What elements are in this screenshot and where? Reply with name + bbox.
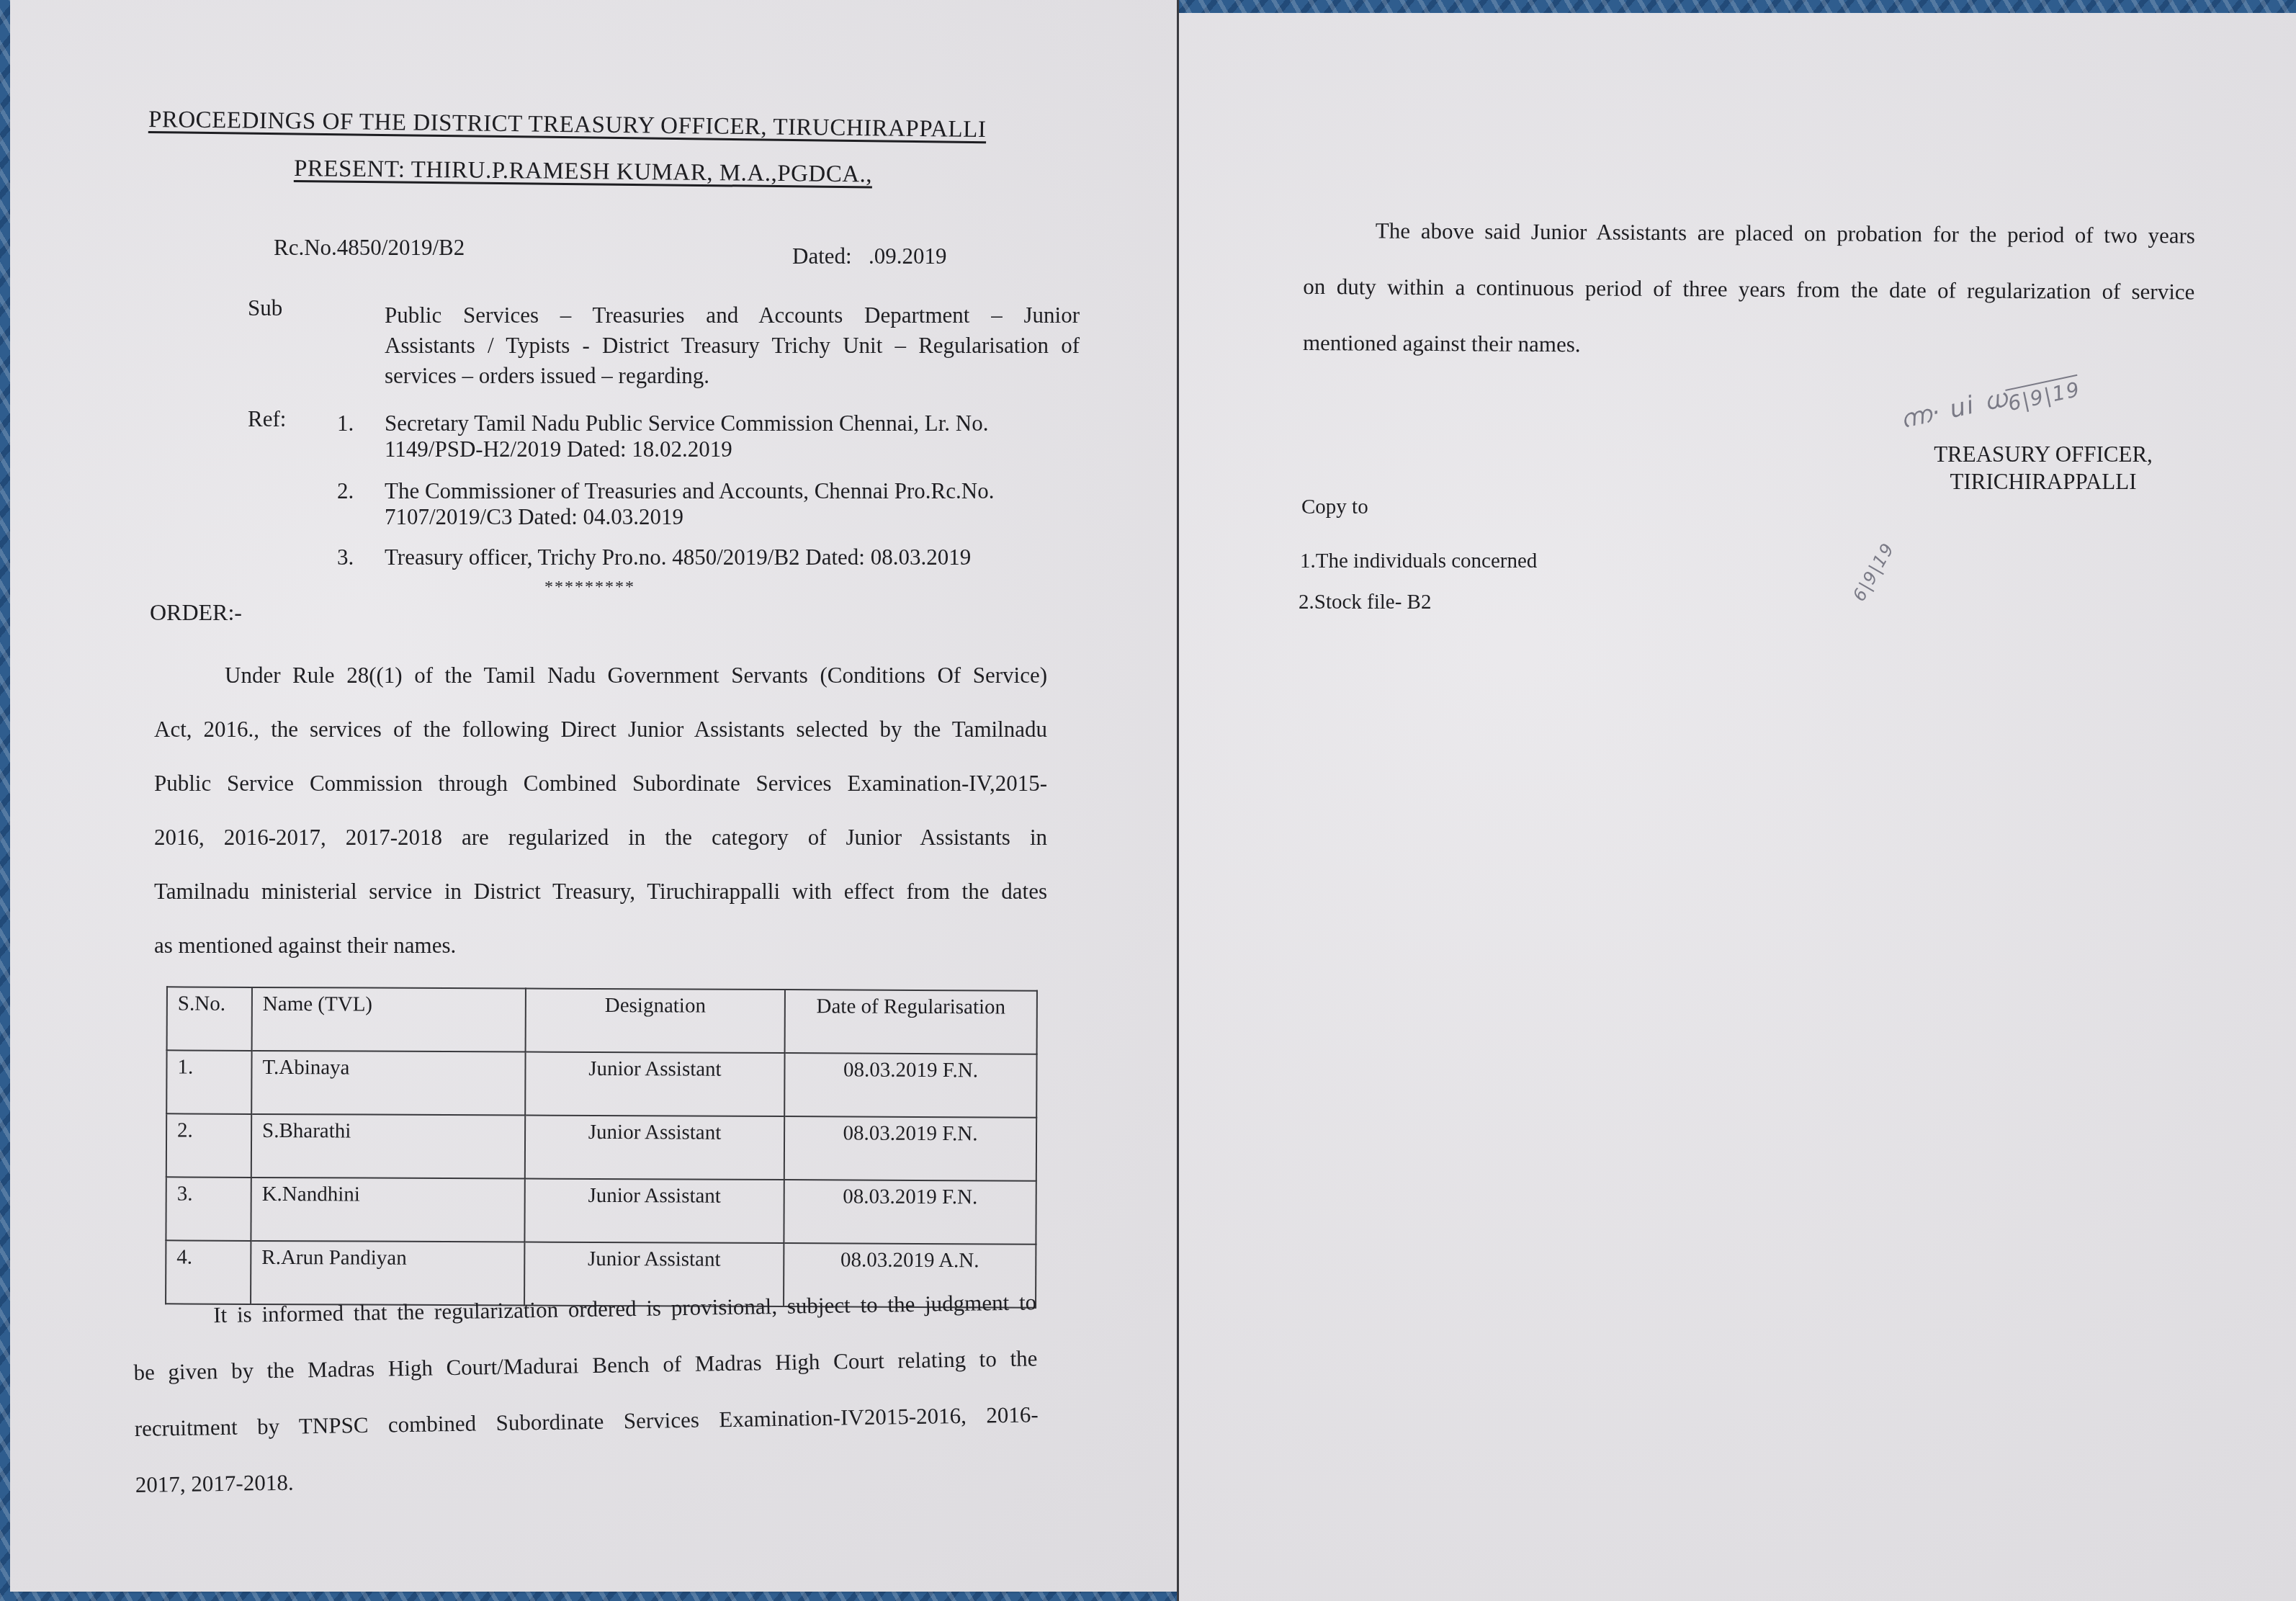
paragraph-line: Public Service Commission through Combin… xyxy=(154,771,1047,825)
paragraph-line: 2016, 2016-2017, 2017-2018 are regulariz… xyxy=(154,825,1047,879)
cell-date: 08.03.2019 F.N. xyxy=(784,1180,1036,1245)
cell-sno: 1. xyxy=(166,1050,251,1114)
probation-paragraph: The above said Junior Assistants are pla… xyxy=(1303,217,2195,392)
separator-stars: ********* xyxy=(544,578,635,597)
table-header-row: S.No. Name (TVL) Designation Date of Reg… xyxy=(167,987,1037,1054)
cell-name: R.Arun Pandiyan xyxy=(251,1241,524,1306)
column-header-sno: S.No. xyxy=(167,987,252,1051)
handwritten-initials: 6|9|19 xyxy=(1849,539,1898,604)
reference-line: 1149/PSD-H2/2019 Dated: 18.02.2019 xyxy=(385,436,988,462)
column-header-designation: Designation xyxy=(526,989,785,1054)
reference-number: Rc.No.4850/2019/B2 xyxy=(274,235,465,261)
references-label: Ref: xyxy=(248,406,286,432)
paragraph-line: Tamilnadu ministerial service in Distric… xyxy=(154,879,1047,933)
copy-to-item: 1.The individuals concerned xyxy=(1300,550,1537,573)
subject-line: Public Services – Treasuries and Account… xyxy=(385,302,1080,328)
present-officer: PRESENT: THIRU.P.RAMESH KUMAR, M.A.,PGDC… xyxy=(294,156,872,188)
subject-label: Sub xyxy=(248,295,282,321)
paragraph-line: Act, 2016., the services of the followin… xyxy=(154,717,1047,771)
reference-item-number: 3. xyxy=(337,544,354,570)
signatory-place: TIRICHIRAPPALLI xyxy=(1899,468,2187,495)
cell-designation: Junior Assistant xyxy=(525,1052,784,1117)
reference-line: 7107/2019/C3 Dated: 04.03.2019 xyxy=(385,504,994,530)
paragraph-line: on duty within a continuous period of th… xyxy=(1303,274,2194,336)
document-title: PROCEEDINGS OF THE DISTRICT TREASURY OFF… xyxy=(148,107,987,143)
handwritten-signature: ന്ന· ui ധ xyxy=(1898,384,2011,435)
cell-name: S.Bharathi xyxy=(251,1114,525,1179)
subject-text: Public Services – Treasuries and Account… xyxy=(385,302,1080,389)
left-page: PROCEEDINGS OF THE DISTRICT TREASURY OFF… xyxy=(10,0,1177,1592)
copy-to-label: Copy to xyxy=(1301,495,1368,519)
regularisation-table: S.No. Name (TVL) Designation Date of Reg… xyxy=(165,986,1038,1308)
provisional-paragraph: It is informed that the regularization o… xyxy=(133,1289,1040,1528)
reference-item: Secretary Tamil Nadu Public Service Comm… xyxy=(385,411,988,462)
reference-line: Secretary Tamil Nadu Public Service Comm… xyxy=(385,411,988,436)
reference-item: Treasury officer, Trichy Pro.no. 4850/20… xyxy=(385,544,971,570)
subject-line: Assistants / Typists - District Treasury… xyxy=(385,333,1080,359)
order-date: Dated: .09.2019 xyxy=(792,243,946,269)
cell-sno: 3. xyxy=(166,1177,251,1241)
order-paragraph: Under Rule 28((1) of the Tamil Nadu Gove… xyxy=(154,663,1047,987)
cell-sno: 4. xyxy=(166,1240,251,1304)
table-row: 1. T.Abinaya Junior Assistant 08.03.2019… xyxy=(166,1050,1036,1117)
order-heading: ORDER:- xyxy=(150,599,242,626)
column-header-date: Date of Regularisation xyxy=(785,990,1037,1054)
cell-name: T.Abinaya xyxy=(251,1051,525,1116)
table-row: 2. S.Bharathi Junior Assistant 08.03.201… xyxy=(166,1113,1036,1180)
paragraph-line: as mentioned against their names. xyxy=(154,933,1047,987)
paragraph-line: Under Rule 28((1) of the Tamil Nadu Gove… xyxy=(154,663,1047,717)
subject-line: services – orders issued – regarding. xyxy=(385,363,1080,389)
paragraph-line: The above said Junior Assistants are pla… xyxy=(1304,217,2195,279)
cell-designation: Junior Assistant xyxy=(524,1179,784,1244)
cell-date: 08.03.2019 F.N. xyxy=(784,1053,1036,1118)
cell-sno: 2. xyxy=(166,1113,251,1178)
copy-to-item: 2.Stock file- B2 xyxy=(1299,591,1431,614)
signatory-block: TREASURY OFFICER, TIRICHIRAPPALLI xyxy=(1899,441,2187,495)
reference-item: The Commissioner of Treasuries and Accou… xyxy=(385,478,994,530)
column-header-name: Name (TVL) xyxy=(252,987,526,1052)
reference-line: Treasury officer, Trichy Pro.no. 4850/20… xyxy=(385,544,971,570)
cell-designation: Junior Assistant xyxy=(525,1116,784,1180)
right-page: The above said Junior Assistants are pla… xyxy=(1179,13,2296,1601)
cell-date: 08.03.2019 F.N. xyxy=(784,1116,1036,1181)
reference-line: The Commissioner of Treasuries and Accou… xyxy=(385,478,994,504)
table-row: 3. K.Nandhini Junior Assistant 08.03.201… xyxy=(166,1177,1036,1244)
cell-name: K.Nandhini xyxy=(251,1178,524,1242)
reference-item-number: 2. xyxy=(337,478,354,504)
reference-item-number: 1. xyxy=(337,411,354,436)
signatory-title: TREASURY OFFICER, xyxy=(1899,441,2187,468)
